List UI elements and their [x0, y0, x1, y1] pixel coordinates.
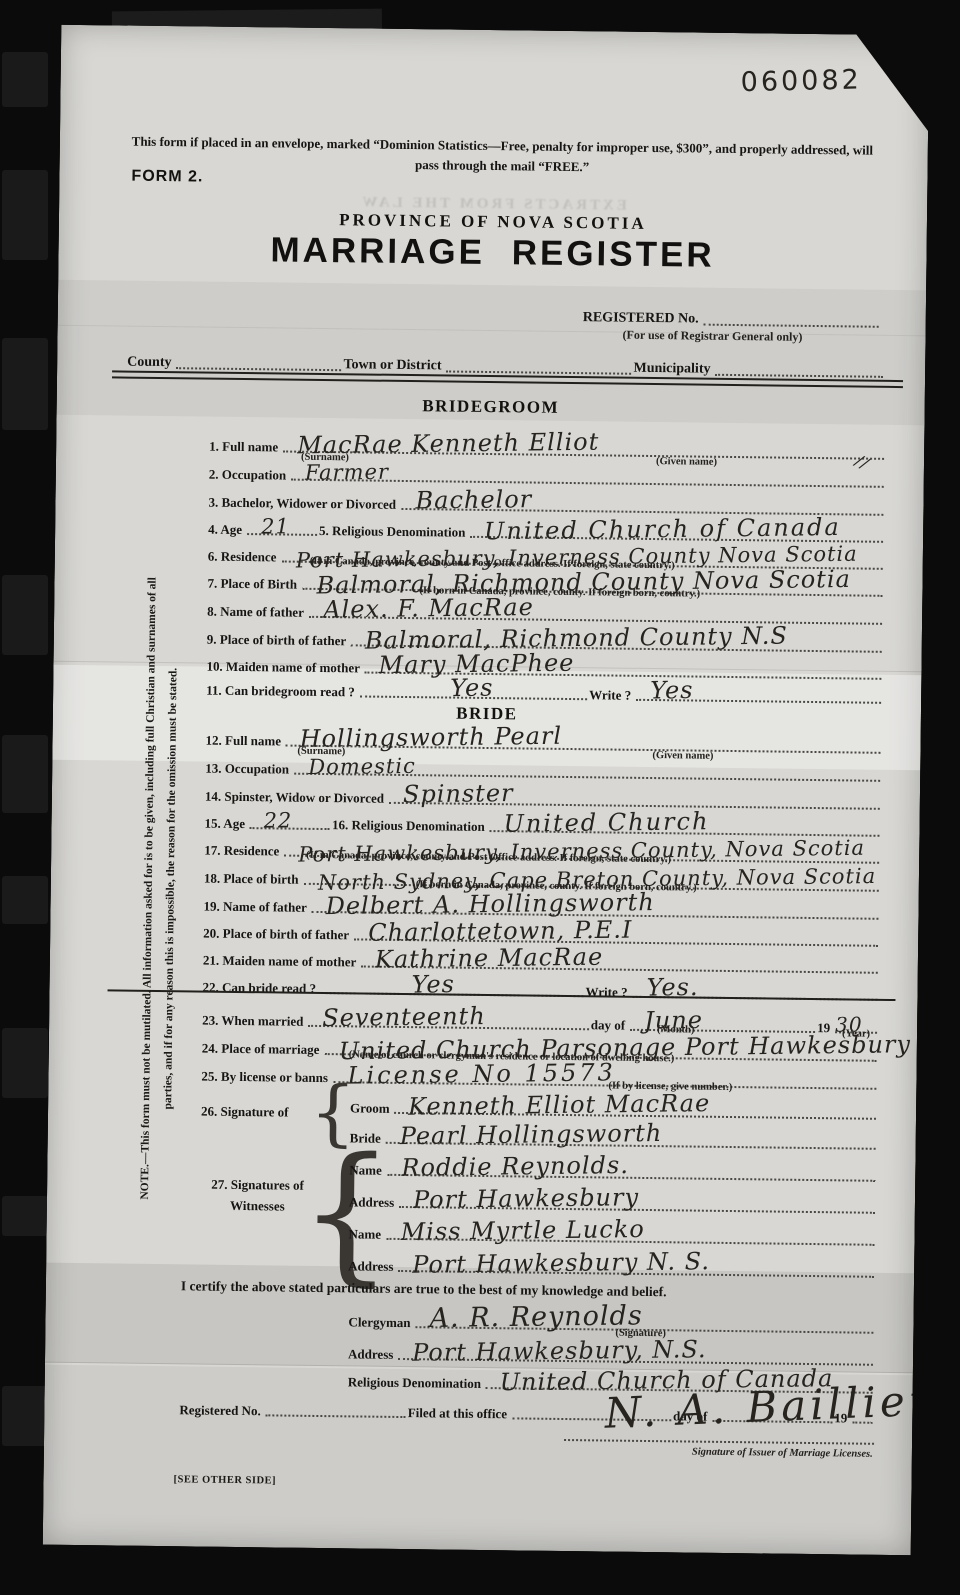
sprocket-notch — [2, 1386, 48, 1446]
field-line: Farmer — [291, 467, 884, 488]
field-label: 15. Age — [204, 817, 250, 831]
handwritten-value: Farmer — [305, 460, 389, 485]
issuer-signature-sub: Signature of Issuer of Marriage Licenses… — [692, 1447, 873, 1460]
field-witness1-address: Address Port Hawkesbury — [349, 1186, 877, 1214]
field-label: 21. Maiden name of mother — [203, 954, 362, 969]
margin-note: NOTE.—This form must not be mutilated. A… — [135, 561, 201, 1217]
field-label: 7. Place of Birth — [207, 577, 302, 591]
handwritten-value: Domestic — [308, 754, 416, 779]
field-line: License No 15573 — [333, 1069, 877, 1090]
county-blank — [176, 355, 341, 371]
field-line: Port Hawkesbury N. S. — [398, 1258, 874, 1278]
field-label: 16. Religious Denomination — [332, 818, 490, 833]
issuer-signature-line — [564, 1439, 874, 1445]
sprocket-notch — [2, 1196, 48, 1236]
handwritten-value: A. R. Reynolds — [429, 1300, 643, 1334]
handwritten-value: Kathrine MacRae — [375, 943, 604, 974]
town-blank — [446, 358, 631, 374]
town-label: Town or District — [343, 358, 446, 373]
field-line: Seventeenth — [308, 1013, 589, 1030]
paper: 060082 This form if placed in an envelop… — [43, 25, 930, 1555]
margin-note-wrapper: NOTE.—This form must not be mutilated. A… — [135, 561, 201, 1217]
field-line: 21 — [247, 521, 317, 536]
field-label: 5. Religious Denomination — [319, 524, 470, 539]
field-groom-status: 3. Bachelor, Widower or Divorced Bachelo… — [208, 487, 885, 517]
field-witness1-name: Name Roddie Reynolds. — [349, 1154, 877, 1182]
field-label: 18. Place of birth — [204, 872, 304, 886]
handwritten-value: Alex. F. MacRae — [323, 593, 534, 624]
handwritten-value: Port Hawkesbury — [413, 1183, 639, 1214]
sprocket-notch — [2, 1028, 48, 1098]
field-line: Spinster — [389, 790, 880, 810]
field-label: Name — [349, 1163, 387, 1176]
registered-no-label: REGISTERED No. — [583, 311, 704, 326]
field-witness2-name: Name Miss Myrtle Lucko — [348, 1218, 876, 1246]
field-label: 20. Place of birth of father — [203, 927, 354, 942]
handwritten-value: Yes — [450, 674, 494, 703]
sprocket-notch — [2, 575, 48, 655]
field-label: 17. Residence — [204, 844, 284, 858]
field-line: Port Hawkesbury, N.S. — [398, 1346, 873, 1366]
field-bride-signature: Bride Pearl Hollingsworth — [350, 1122, 878, 1150]
field-line: Yes — [636, 687, 881, 704]
field-label: 8. Name of father — [207, 605, 309, 619]
handwritten-value: Port Hawkesbury N. S. — [412, 1247, 710, 1279]
certify-statement: I certify the above stated particulars a… — [181, 1278, 667, 1300]
municipality-label: Municipality — [633, 362, 715, 377]
field-label: Clergyman — [348, 1315, 415, 1329]
field-line: Roddie Reynolds. — [387, 1162, 876, 1182]
field-label: 19. Name of father — [203, 900, 311, 914]
field-label: 3. Bachelor, Widower or Divorced — [208, 496, 401, 511]
handwritten-value: Kenneth Elliot MacRae — [408, 1089, 710, 1121]
field-groom-age-denomination: 4. Age 21 5. Religious Denomination Unit… — [208, 514, 885, 544]
field-label: day of — [591, 1018, 630, 1031]
film-frame-number: 060082 — [740, 64, 862, 98]
field-bride-age-denomination: 15. Age 22 16. Religious Denomination Un… — [204, 808, 881, 838]
field-label: 12. Full name — [206, 734, 287, 748]
field-line: United Church of Canada — [470, 524, 883, 543]
handwritten-value: 22 — [264, 808, 293, 832]
sprocket-notch — [2, 170, 48, 260]
registered-no-row: REGISTERED No. — [583, 303, 881, 329]
handwritten-value: Yes — [650, 676, 694, 705]
field-label: 4. Age — [208, 523, 247, 536]
field-line — [266, 1402, 406, 1418]
sprocket-notch — [2, 52, 48, 107]
witnesses-brace: { — [298, 1126, 396, 1301]
field-label: Groom — [350, 1101, 395, 1115]
field-label: 11. Can bridegroom read ? — [206, 684, 360, 699]
county-label: County — [127, 356, 177, 371]
field-label: Name — [348, 1227, 386, 1240]
field-label: 6. Residence — [208, 550, 282, 564]
handwritten-value: Miss Myrtle Lucko — [400, 1215, 644, 1246]
handwritten-value: Roddie Reynolds. — [401, 1151, 629, 1182]
field-line: MacRae Kenneth Elliot — [283, 438, 884, 459]
field-bride-status: 14. Spinster, Widow or Divorced Spinster — [205, 781, 882, 811]
field-line: Domestic — [294, 761, 880, 782]
field-line: Miss Myrtle Lucko — [386, 1226, 875, 1246]
sprocket-notch — [2, 338, 48, 430]
registrar-note: (For use of Registrar General only) — [622, 328, 802, 345]
field-groom-signature: Groom Kenneth Elliot MacRae — [350, 1092, 878, 1120]
see-other-side-label: [SEE OTHER SIDE] — [173, 1474, 276, 1486]
field-label: Address — [348, 1259, 398, 1273]
field-line: Hollingsworth Pearl — [286, 733, 881, 754]
field-label: Address — [349, 1195, 399, 1209]
municipality-blank — [715, 362, 883, 378]
field-label: 1. Full name — [209, 440, 283, 454]
registered-no-blank — [704, 312, 879, 328]
field-line: Port Hawkesbury — [399, 1194, 875, 1214]
mail-notice: This form if placed in an envelope, mark… — [130, 132, 875, 181]
sprocket-notch — [2, 876, 48, 924]
field-license-or-banns: 25. By license or banns License No 15573 — [201, 1061, 878, 1091]
field-when-married: 23. When married Seventeenth day of June… — [202, 1005, 879, 1035]
handwritten-value: Pearl Hollingsworth — [400, 1119, 663, 1150]
field-groom-occupation: 2. Occupation Farmer — [209, 459, 886, 489]
field-witness2-address: Address Port Hawkesbury N. S. — [348, 1250, 876, 1278]
couple-signature-label: 26. Signature of — [201, 1105, 294, 1119]
handwritten-value: United Church of Canada — [484, 513, 841, 545]
handwritten-value: Bachelor — [415, 485, 532, 514]
handwritten-value: Port Hawkesbury, N.S. — [412, 1335, 707, 1367]
sprocket-notch — [2, 735, 48, 813]
field-label: 10. Maiden name of mother — [206, 660, 365, 675]
bridegroom-heading: BRIDEGROOM — [57, 392, 925, 423]
scanned-document-page: { "film_number": "060082", "colors": { "… — [0, 0, 960, 1595]
form-number-label: FORM 2. — [131, 168, 203, 187]
handwritten-value: License No 15573 — [347, 1058, 616, 1089]
field-clergyman-signature: Clergyman A. R. Reynolds — [348, 1306, 875, 1334]
field-label: 24. Place of marriage — [202, 1042, 325, 1056]
field-label: Write ? — [589, 688, 636, 702]
handwritten-value: Seventeenth — [322, 1002, 486, 1032]
field-line: Yes — [360, 683, 587, 700]
field-line: United Church — [490, 818, 880, 837]
field-bride-mother: 21. Maiden name of mother Kathrine MacRa… — [203, 945, 880, 975]
field-line: Kenneth Elliot MacRae — [395, 1100, 877, 1120]
field-label: 2. Occupation — [209, 468, 291, 482]
field-line: 22 — [250, 815, 330, 830]
field-label: Address — [348, 1347, 398, 1361]
field-label: Religious Denomination — [348, 1375, 486, 1390]
field-bride-occupation: 13. Occupation Domestic — [205, 753, 882, 783]
registered-no-label: Registered No. — [179, 1403, 266, 1417]
field-label: 9. Place of birth of father — [207, 633, 352, 648]
field-line: Pearl Hollingsworth — [386, 1130, 876, 1150]
handwritten-value: United Church — [504, 807, 710, 838]
handwritten-value: Spinster — [403, 779, 514, 808]
field-clergyman-address: Address Port Hawkesbury, N.S. — [348, 1338, 875, 1366]
field-label: 23. When married — [202, 1014, 308, 1028]
field-line: Alex. F. MacRae — [309, 604, 882, 625]
handwritten-value: 21 — [261, 514, 290, 538]
field-label: 14. Spinster, Widow or Divorced — [205, 790, 389, 805]
filed-label: Filed at this office — [408, 1406, 512, 1420]
field-label: 13. Occupation — [205, 762, 294, 776]
